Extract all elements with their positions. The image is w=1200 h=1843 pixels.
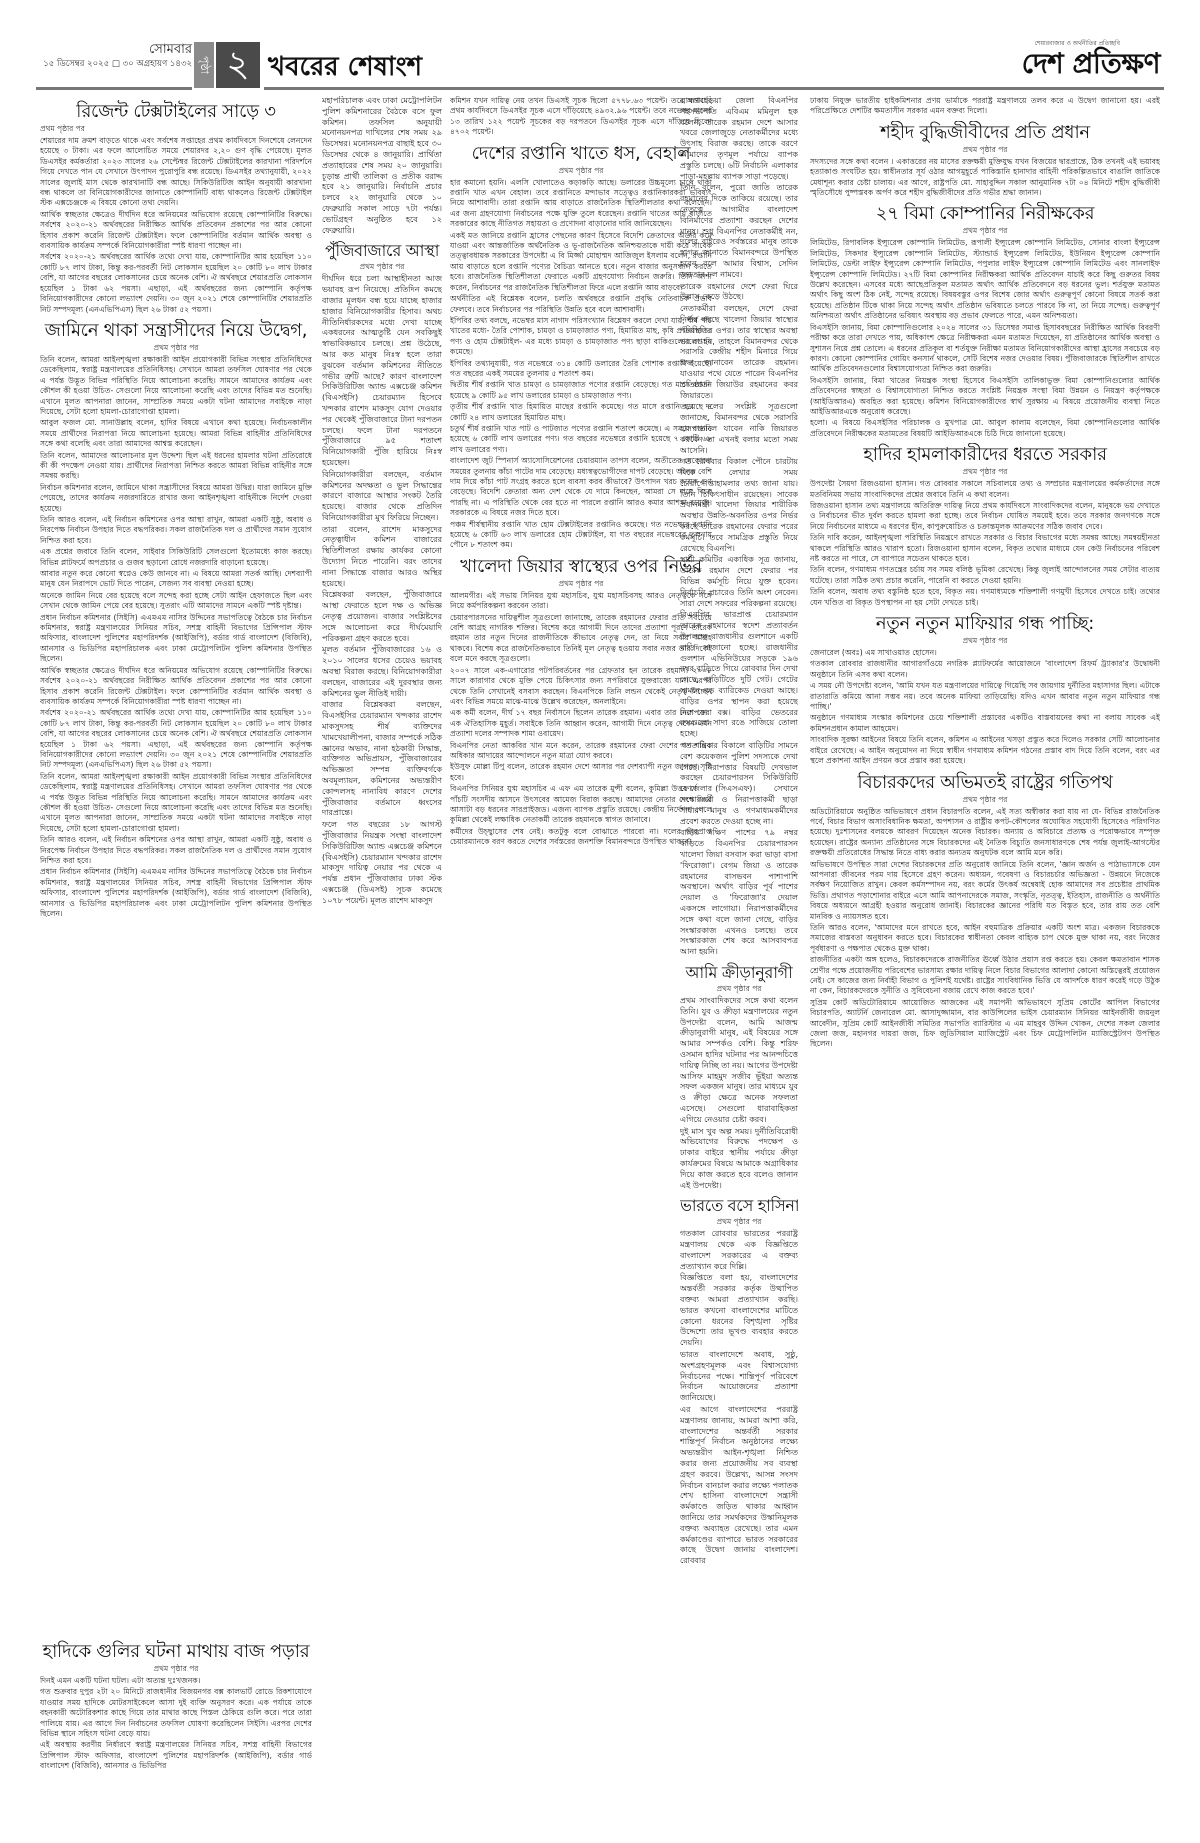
paragraph: অভিভাষণে উপস্থিত সারা দেশের বিচারকদের প্… — [810, 860, 1160, 922]
paragraph: আর্থিক স্বচ্ছতার ক্ষেত্রেও দীর্ঘদিন ধরে … — [40, 210, 312, 252]
headline-jamin-terrorists: জামিনে থাকা সন্ত্রাসীদের নিয়ে উদ্বেগ, — [40, 319, 312, 343]
article-hadi-attackers: হাদির হামলাকারীদের ধরতে সরকার প্রথম পৃষ্… — [810, 443, 1160, 608]
paragraph: ফলে গত বছরের ১৮ আগস্ট পুঁজিবাজার নিয়ন্ত… — [322, 820, 442, 906]
header-rule-right — [264, 87, 1164, 90]
paragraph: ইপিবির তথ্যানুযায়ী, গত নভেম্বরে ৩১৪ কোট… — [450, 359, 712, 380]
paragraph-dse-index: কমিশন যখন দায়িত্ব নেয় তখন ডিএসই সূচক ছ… — [450, 96, 712, 138]
paragraph: ইপিবির তথ্য বলছে, নভেম্বর মাস নাগাদ পরিস… — [450, 316, 712, 358]
paragraph: কর্মীদের উচ্ছ্বাসের শেষ নেই। কতটুকু বলে … — [450, 827, 712, 848]
paragraph-filler: প্রধান নির্বাচন কমিশনার (সিইসি) এএমএম না… — [40, 867, 312, 919]
paragraph: বিএনপির ভারপ্রাপ্ত চেয়ারম্যান তারেক রহম… — [680, 610, 798, 740]
jump-label: প্রথম পৃষ্ঠার পর — [680, 984, 798, 994]
paragraph: রাজনীতির একটা অঙ্গ হলেও, বিচারকদেরকে রাজ… — [810, 955, 1160, 997]
paragraph: শেয়ারের দাম ক্রমশ বাড়তে থাকে এবং সর্বশ… — [40, 136, 312, 209]
column-capital-market: মহাপরিচালক এবং ঢাকা মেট্রোপলিটন পুলিশ কম… — [322, 96, 442, 1816]
paragraph-filler: তিনি বলেন, আমরা আইনশৃঙ্খলা রক্ষাকারী আইন… — [40, 772, 312, 834]
paragraph: অর্থনীতির এই বিশ্লেষক বলেন, চলতি অর্থবছর… — [450, 294, 712, 315]
paragraph: গতকাল রোববার রাজধানীর আগারগাঁওয়ে নগরিক … — [810, 659, 1160, 680]
paragraph: বাড়ির দক্ষিণ পাশের ৭৯ নম্বর বাড়িতে বিএ… — [680, 828, 798, 958]
paragraph: তিনি বলেন, অবাধ তথ্য বস্তুনিষ্ঠ হতে হবে,… — [810, 587, 1160, 608]
paragraph: গতকাল রোববার ভারতের পররাষ্ট্র মন্ত্রণালয… — [680, 1229, 798, 1272]
paragraph: তবে দলের সংশ্লিষ্ট সূত্রগুলো জানাচ্ছে, ব… — [680, 402, 798, 456]
article-judges-opinion: বিচারকদের অভিমতই রাষ্ট্রের গতিপথ প্রথম প… — [810, 771, 1160, 1050]
page-label: পৃষ্ঠা — [194, 42, 214, 88]
article-hadi-shot: হাদিকে গুলির ঘটনা মাথায় বাজ পড়ার প্রথম… — [40, 1636, 312, 1773]
masthead: সোমবার ১৫ ডিসেম্বর ২০২৫ □ ৩০ অগ্রহায়ণ ১… — [0, 0, 1200, 92]
column-left-wide: রিজেন্ট টেক্সটাইলের সাড়ে ৩ প্রথম পৃষ্ঠা… — [40, 96, 312, 1816]
paragraph-schedule: মহাপরিচালক এবং ঢাকা মেট্রোপলিটন পুলিশ কম… — [322, 96, 442, 236]
issue-date-block: সোমবার ১৫ ডিসেম্বর ২০২৫ □ ৩০ অগ্রহায়ণ ১… — [40, 42, 192, 70]
paragraph: আবুল ফজল মো. সানাউল্লাহ বলেন, হাদির বিষয… — [40, 418, 312, 449]
paragraph: মূলত বর্তমান পুঁজিবাজারের ১৬ ও ২০১০ সালে… — [322, 645, 442, 699]
issue-date: ১৫ ডিসেম্বর ২০২৫ □ ৩০ অগ্রহায়ণ ১৪৩২ — [40, 58, 192, 70]
jump-label: প্রথম পৃষ্ঠার পর — [40, 124, 312, 134]
headline-insurance-auditors: ২৭ বিমা কোম্পানির নিরীক্ষকের — [810, 202, 1160, 226]
paragraph: এক কর্মী বলেন, দীর্ঘ ১৭ বছর নির্বাসনে ছি… — [450, 708, 712, 739]
paragraph: এক প্রশ্নের জবাবে তিনি বলেন, সাইবার সিকি… — [40, 547, 312, 568]
column-middle: কমিশন যখন দায়িত্ব নেয় তখন ডিএসই সূচক ছ… — [450, 96, 712, 1816]
article-export: দেশের রপ্তানি খাতে ধস, বেহাল প্রথম পৃষ্ঠ… — [450, 142, 712, 551]
paragraph: সদস্যদের সঙ্গে কথা বলেন । একাত্তরের নয় … — [810, 157, 1160, 199]
paragraph: ২০০৭ সালে এক-এগারোর পটপরিবর্তনের পর গ্রে… — [450, 666, 712, 708]
paragraph: পঞ্চম শীর্ষস্থানীয় রপ্তানি খাত হোম টেক্… — [450, 520, 712, 551]
headline-khaleda-health: খালেদা জিয়ার স্বাস্থ্যের ওপর নির্ভর — [450, 555, 712, 579]
paragraph: এই অবস্থায় করণীয় নির্ধারণে স্বরাষ্ট্র … — [40, 1740, 312, 1771]
paragraph-filler: সর্বশেষ ২০২০-২১ অর্থবছরের আর্থিক তথ্যে দ… — [40, 708, 312, 770]
paragraph: একই মত জানিয়ে রপ্তানি হ্রাসের পেছনের কা… — [450, 231, 712, 293]
column-brahmanbaria: ব্রাহ্মণবাড়িয়া জেলা বিএনপির সহসভাপতি এ… — [680, 96, 798, 1816]
headline-export: দেশের রপ্তানি খাতে ধস, বেহাল — [450, 142, 712, 166]
issue-day: সোমবার — [40, 42, 192, 58]
paragraph: ব্রাহ্মণবাড়িয়া জেলা বিএনপির সহসভাপতি এ… — [680, 96, 798, 182]
paragraph: চতুর্থ শীর্ষ রপ্তানি খাত পাট ও পাটজাত পণ… — [450, 424, 712, 455]
jump-label: প্রথম পৃষ্ঠার পর — [450, 166, 712, 176]
paragraph: গত শনিবার বিকালে বাড়িটির সামনে বেশ কয়ে… — [680, 741, 798, 827]
paragraph: রিজওয়ানা হাসান তথ্য মন্ত্রণালয়ে অতিরিক… — [810, 501, 1160, 532]
paragraph: বাংলাদেশ জুট স্পিনার্স অ্যাসোসিয়েশনের চ… — [450, 456, 712, 518]
paragraph: বিএনপির নেতা আকবির খান মনে করেন, তারেক র… — [450, 741, 712, 762]
headline-martyred-intellectuals: শহীদ বুদ্ধিজীবীদের প্রতি প্রধান — [810, 121, 1160, 145]
paragraph: হার কমানো হয়নি। এলসি খোলাতেও কড়াকড়ি আ… — [450, 178, 712, 230]
paragraph: সুপ্রিম কোর্ট অডিটোরিয়ামে আয়োজিত আজকের… — [810, 998, 1160, 1050]
article-khaleda-health: খালেদা জিয়ার স্বাস্থ্যের ওপর নির্ভর প্র… — [450, 555, 712, 848]
column-right: ঢাকায় নিযুক্ত ভারতীয় হাইকমিশনার প্রণয়… — [810, 96, 1160, 1816]
headline-hasina-india: ভারতে বসে হাসিনা — [680, 1195, 798, 1217]
paragraph: সর্বশেষ ২০২০-২১ অর্থবছরের আর্থিক তথ্যে দ… — [40, 252, 312, 314]
paragraph: নেতাকর্মীরা বলছেন, দেশে ফেরা নির্ভর করছে… — [680, 304, 798, 401]
paragraph: অনেকে জামিন নিয়ে বের হয়েছে বলে সন্দেহ … — [40, 591, 312, 612]
jump-label: প্রথম পৃষ্ঠার পর — [810, 226, 1160, 236]
paragraph: ভারত বাংলাদেশে অবাধ, সুষ্ঠু, অংশগ্রহণমূল… — [680, 1350, 798, 1404]
paragraph: স্থায়ী কমিটির একাধিক সূত্র জানায়, তারে… — [680, 555, 798, 609]
paragraph: সাংবাদিক সুরক্ষা আইনের বিষয়ে তিনি বলেন,… — [810, 735, 1160, 766]
paragraph: তারা বলেন, রাশেদ মাকসুদের নেতৃত্বাধীন কম… — [322, 525, 442, 590]
section-title: খবরের শেষাংশ — [268, 46, 422, 90]
paragraph: আলমগীর। এই সভায় সিনিয়র যুগ্ম মহাসচিব, … — [450, 591, 712, 612]
headline-judges-opinion: বিচারকদের অভিমতই রাষ্ট্রের গতিপথ — [810, 771, 1160, 795]
paragraph-filler: আর্থিক স্বচ্ছতার ক্ষেত্রেও দীর্ঘদিন ধরে … — [40, 666, 312, 708]
header-rule-left — [36, 87, 192, 90]
paragraph: তিনি বলেন, গণমাধ্যম গণতন্ত্রের চর্চায় স… — [810, 565, 1160, 586]
article-new-mafia: নতুন নতুন মাফিয়ার গন্ধ পাচ্ছি: প্রথম পৃ… — [810, 612, 1160, 766]
paragraph: বিজ্ঞপ্তিতে বলা হয়, বাংলাদেশের অন্তর্বর… — [680, 1273, 798, 1349]
paragraph: প্রধান নির্বাচন কমিশনার (সিইসি) এএমএম না… — [40, 613, 312, 665]
paragraph: তিনি বলেন, পুরো জাতি তারেক রহমানের দিকে … — [680, 183, 798, 280]
article-hasina-india: ভারতে বসে হাসিনা প্রথম পৃষ্ঠার পর গতকাল … — [680, 1195, 798, 1567]
paragraph: তিনি বলেন, আমরা আইনশৃঙ্খলা রক্ষাকারী আইন… — [40, 355, 312, 417]
paragraph: বিএনপির সিনিয়র যুগ্ম মহাসচিব এ এফ এম তা… — [450, 784, 712, 826]
jump-label: প্রথম পৃষ্ঠার পর — [810, 467, 1160, 477]
article-insurance-auditors: ২৭ বিমা কোম্পানির নিরীক্ষকের প্রথম পৃষ্ঠ… — [810, 202, 1160, 439]
paragraph: তৃতীয় শীর্ষ রপ্তানি খাত হিমায়িত মাছের … — [450, 402, 712, 423]
jump-label: প্রথম পৃষ্ঠার পর — [810, 795, 1160, 805]
paragraph: অনুষ্ঠানে গণমাধ্যম সংস্কার কমিশনের চেয়ে… — [810, 713, 1160, 734]
paragraph: তিনি আরও বলেন, এই নির্বাচন কমিশনের ওপর আ… — [40, 515, 312, 546]
paragraph-filler: তিনি আরও বলেন, এই নির্বাচন কমিশনের ওপর আ… — [40, 835, 312, 866]
article-jamin-terrorists: জামিনে থাকা সন্ত্রাসীদের নিয়ে উদ্বেগ, প… — [40, 319, 312, 920]
paragraph: বাজার বিশ্লেষকরা বলছেন, বিএসইসির চেয়ারম… — [322, 700, 442, 819]
paragraph: তারেক রহমানের দেশে ফেরা ঘিরে উল্লাস কেড়… — [680, 282, 798, 304]
paragraph: দুই মাস খুব অল্প সময়। দুর্নীতিবিরোধী অভ… — [680, 1127, 798, 1192]
paragraph: এর আগে বাংলাদেশের পররাষ্ট্র মন্ত্রণালয় … — [680, 1405, 798, 1567]
jump-label: প্রথম পৃষ্ঠার পর — [680, 1217, 798, 1227]
headline-regent-textile: রিজেন্ট টেক্সটাইলের সাড়ে ৩ — [40, 100, 312, 124]
headline-hadi-attackers: হাদির হামলাকারীদের ধরতে সরকার — [810, 443, 1160, 467]
paragraph: অডিটোরিয়ামে অনুষ্ঠিত অভিভাষণে প্রধান বি… — [810, 807, 1160, 859]
jump-label: প্রথম পৃষ্ঠার পর — [450, 579, 712, 589]
page-number: ২ — [216, 42, 260, 88]
jump-label: প্রথম পৃষ্ঠার পর — [40, 1664, 312, 1674]
paragraph: এ সময় নৌ উপদেষ্টা বলেন, 'আমি যখন যত মন্… — [810, 681, 1160, 712]
jump-label: প্রথম পৃষ্ঠার পর — [322, 262, 442, 272]
article-regent-textile: রিজেন্ট টেক্সটাইলের সাড়ে ৩ প্রথম পৃষ্ঠা… — [40, 100, 312, 315]
paragraph: দ্বিতীয় শীর্ষ রপ্তানি খাত চামড়া ও চামড… — [450, 380, 712, 401]
headline-sports-adviser: আমি ক্রীড়ানুরাগী — [680, 962, 798, 984]
jump-label: প্রথম পৃষ্ঠার পর — [40, 343, 312, 353]
paragraph: দীর্ঘদিন ধরে চলা আস্থাহীনতা আজ ভয়াবহ রূ… — [322, 274, 442, 468]
logo-brand: দেশ প্রতিক্ষণ — [1022, 48, 1160, 80]
paragraph: আবার নতুন করে কোনো স্বপ্নেও কেউ জানবে না… — [40, 569, 312, 590]
paragraph: গত রোববার বিকাল পৌনে চারটায় দিকে লেখার … — [680, 457, 798, 554]
paragraph: ইউসুফ মোল্লা টিপু বলেন, তারেক রহমান দেশে… — [450, 762, 712, 783]
article-martyred-intellectuals: শহীদ বুদ্ধিজীবীদের প্রতি প্রধান প্রথম পৃ… — [810, 121, 1160, 199]
headline-new-mafia: নতুন নতুন মাফিয়ার গন্ধ পাচ্ছি: — [810, 612, 1160, 636]
headline-hadi-shot: হাদিকে গুলির ঘটনা মাথায় বাজ পড়ার — [40, 1640, 312, 1664]
paragraph: লিমিটেড, রিপাবলিক ইন্স্যুরেন্স কোম্পানি … — [810, 238, 1160, 321]
headline-capital-market: পুঁজিবাজারে আস্থা — [322, 240, 442, 262]
paragraph: প্রথম সাংবাদিকদের সঙ্গে কথা বলেন তিনি। য… — [680, 996, 798, 1126]
paragraph: হলো। এ বিষয়ে বিএসইসির পরিচালক ও মুখপাত্… — [810, 418, 1160, 439]
paragraph-india-hc: ঢাকায় নিযুক্ত ভারতীয় হাইকমিশনার প্রণয়… — [810, 96, 1160, 117]
paragraph: জেনারেল (অবঃ) এম সাখাওয়াত হোসেন। — [810, 648, 1160, 658]
paragraph: চেয়ারপারসনের দায়িত্বশীল সূত্রগুলো জানা… — [450, 613, 712, 665]
paragraph: বিশ্লেষকরা বলছেন, পুঁজিবাজারে আস্থা ফেরা… — [322, 590, 442, 644]
paragraph: তিনি দাবি করেন, আইনশৃঙ্খলা পরিস্থিতি নিয… — [810, 533, 1160, 564]
paragraph: উপদেষ্টা সৈয়দা রিজওয়ানা হাসান। গত রোবব… — [810, 479, 1160, 500]
paragraph: বিনিয়োগকারীরা বলছেন, বর্তমান কমিশনের অদ… — [322, 470, 442, 524]
paragraph: তিনি বলেন, আমাদের আলোচনার মূল উদ্দেশ্য ছ… — [40, 451, 312, 482]
paragraph: গত শুক্রবার দুপুর ২টা ২০ মিনিটে রাজধানীর… — [40, 1687, 312, 1739]
article-sports-adviser: আমি ক্রীড়ানুরাগী প্রথম পৃষ্ঠার পর প্রথম… — [680, 962, 798, 1191]
paragraph: বিএসইসি জানায়, বিমা কোম্পানিগুলোর ২০২৪ … — [810, 323, 1160, 375]
newspaper-logo: শেয়ারবাজার ও অর্থনীতির প্রতিচ্ছবি দেশ প… — [1022, 40, 1160, 80]
paragraph: দিনই এমন একটি ঘটনা ঘটল। এটা অত্যন্ত দুঃখ… — [40, 1676, 312, 1686]
paragraph: নির্বাচন কমিশনার বলেন, জামিনে থাকা সন্ত্… — [40, 483, 312, 514]
jump-label: প্রথম পৃষ্ঠার পর — [810, 145, 1160, 155]
paragraph: বিএসইসি জানায়, বিমা খাতের নিয়ন্ত্রক সং… — [810, 376, 1160, 418]
jump-label: প্রথম পৃষ্ঠার পর — [810, 636, 1160, 646]
paragraph: তিনি আরও বলেন, 'আমাদের মনে রাখতে হবে, আই… — [810, 923, 1160, 954]
